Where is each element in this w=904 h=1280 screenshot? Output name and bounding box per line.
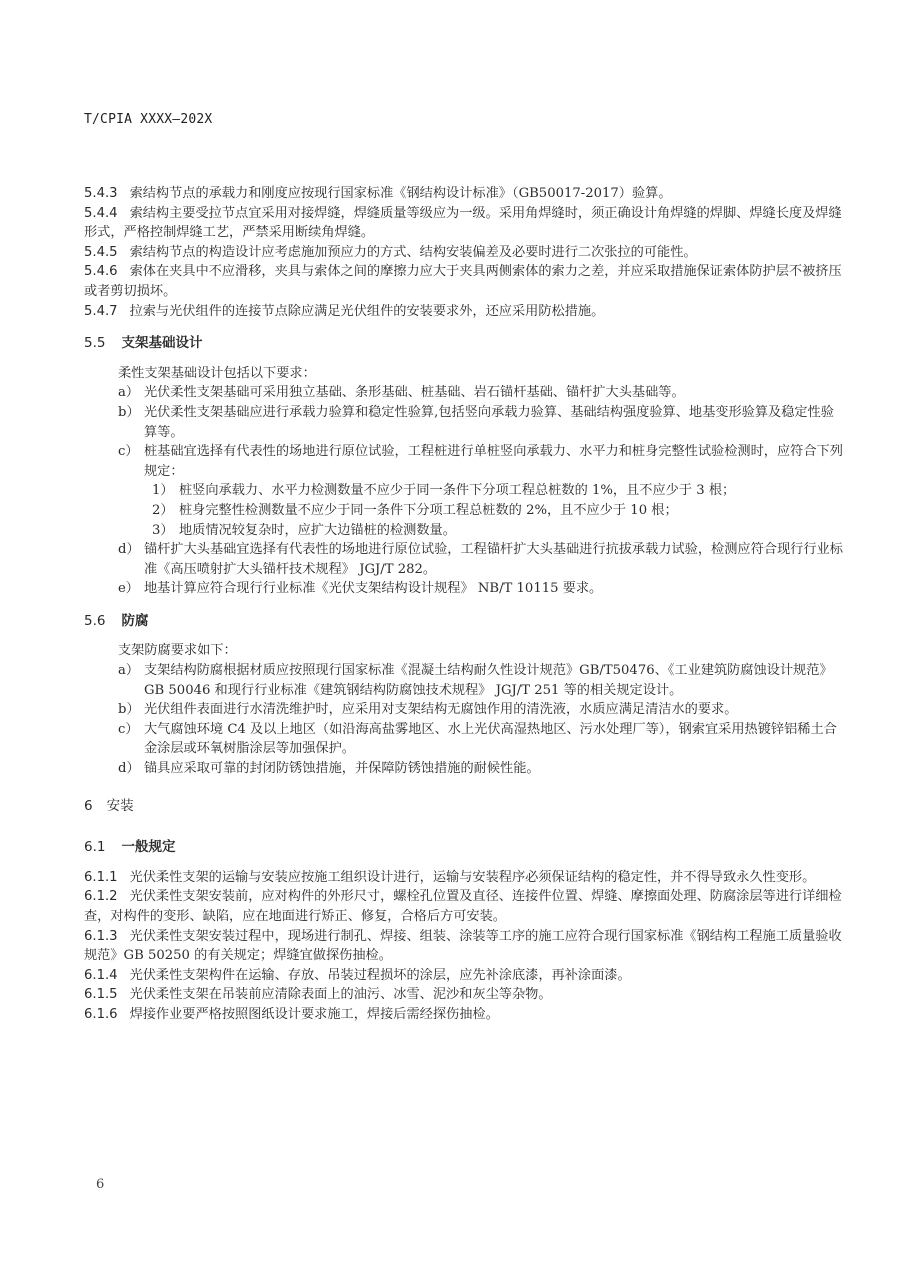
clause-5-4-5: 5.4.5索结构节点的构造设计应考虑施加预应力的方式、结构安装偏差及必要时进行二…: [84, 243, 844, 263]
clause-6-1-4: 6.1.4光伏柔性支架构件在运输、存放、吊装过程损坏的涂层，应先补涂底漆，再补涂…: [84, 966, 844, 986]
clause-6-1-3: 6.1.3光伏柔性支架安装过程中，现场进行制孔、焊接、组装、涂装等工序的施工应符…: [84, 927, 844, 966]
sub-list-item: 2）桩身完整性检测数量不应少于同一条件下分项工程总桩数的 2%，且不应少于 10…: [84, 501, 844, 521]
clause-text: 光伏柔性支架安装前，应对构件的外形尺寸，螺栓孔位置及直径、连接件位置、焊缝、摩擦…: [84, 889, 842, 924]
clause-text: 焊接作业要严格按照图纸设计要求施工，焊接后需经探伤抽检。: [130, 1007, 499, 1022]
list-item: a）光伏柔性支架基础可采用独立基础、条形基础、桩基础、岩石锚杆基础、锚杆扩大头基…: [84, 383, 844, 403]
section-intro: 柔性支架基础设计包括以下要求：: [84, 364, 844, 384]
clause-number: 5.4.3: [84, 186, 118, 201]
list-item: c）大气腐蚀环境 C4 及以上地区（如沿海高盐雾地区、水上光伏高湿热地区、污水处…: [84, 720, 844, 759]
clause-number: 6.1.1: [84, 870, 118, 885]
clause-number: 5.4.4: [84, 206, 118, 221]
clause-number: 6.1.2: [84, 889, 118, 904]
sub-list-item: 1）桩竖向承载力、水平力检测数量不应少于同一条件下分项工程总桩数的 1%，且不应…: [84, 481, 844, 501]
page-number: 6: [96, 1177, 104, 1192]
section-heading-5-5: 5.5支架基础设计: [84, 334, 844, 354]
clause-text: 光伏柔性支架的运输与安装应按施工组织设计进行，运输与安装程序必须保证结构的稳定性…: [130, 870, 816, 885]
clause-text: 索结构节点的构造设计应考虑施加预应力的方式、结构安装偏差及必要时进行二次张拉的可…: [130, 245, 697, 260]
clause-text: 索结构主要受拉节点宜采用对接焊缝，焊缝质量等级应为一级。采用角焊缝时，须正确设计…: [84, 206, 842, 241]
clause-text: 光伏柔性支架安装过程中，现场进行制孔、焊接、组装、涂装等工序的施工应符合现行国家…: [84, 929, 842, 964]
list-item: e）地基计算应符合现行行业标准《光伏支架结构设计规程》 NB/T 10115 要…: [84, 579, 844, 599]
list-item: c）桩基础宜选择有代表性的场地进行原位试验，工程桩进行单桩竖向承载力、水平力和桩…: [84, 442, 844, 481]
clause-text: 索体在夹具中不应滑移，夹具与索体之间的摩擦力应大于夹具两侧索体的索力之差，并应采…: [84, 264, 842, 299]
clause-number: 5.4.7: [84, 304, 118, 319]
clause-5-4-7: 5.4.7拉索与光伏组件的连接节点除应满足光伏组件的安装要求外，还应采用防松措施…: [84, 302, 844, 322]
section-heading-6-1: 6.1一般规定: [84, 838, 844, 858]
document-code-header: T/CPIA XXXX—202X: [84, 112, 212, 127]
clause-6-1-2: 6.1.2光伏柔性支架安装前，应对构件的外形尺寸，螺栓孔位置及直径、连接件位置、…: [84, 887, 844, 926]
clause-number: 6.1.3: [84, 929, 118, 944]
clause-text: 光伏柔性支架在吊装前应清除表面上的油污、冰雪、泥沙和灰尘等杂物。: [130, 987, 552, 1002]
clause-number: 6.1.5: [84, 987, 118, 1002]
list-item: a）支架结构防腐根据材质应按照现行国家标准《混凝土结构耐久性设计规范》GB/T5…: [84, 661, 844, 700]
clause-5-4-4: 5.4.4索结构主要受拉节点宜采用对接焊缝，焊缝质量等级应为一级。采用角焊缝时，…: [84, 204, 844, 243]
clause-5-4-6: 5.4.6索体在夹具中不应滑移，夹具与索体之间的摩擦力应大于夹具两侧索体的索力之…: [84, 262, 844, 301]
clause-6-1-1: 6.1.1光伏柔性支架的运输与安装应按施工组织设计进行，运输与安装程序必须保证结…: [84, 868, 844, 888]
section-heading-5-6: 5.6防腐: [84, 612, 844, 632]
sub-list-item: 3）地质情况较复杂时，应扩大边锚桩的检测数量。: [84, 521, 844, 541]
chapter-heading-6: 6安装: [84, 797, 844, 817]
clause-5-4-3: 5.4.3索结构节点的承载力和刚度应按现行国家标准《钢结构设计标准》（GB500…: [84, 184, 844, 204]
clause-text: 索结构节点的承载力和刚度应按现行国家标准《钢结构设计标准》（GB50017-20…: [130, 186, 672, 201]
clause-number: 6.1.6: [84, 1007, 118, 1022]
list-item: b）光伏柔性支架基础应进行承载力验算和稳定性验算,包括竖向承载力验算、基础结构强…: [84, 403, 844, 442]
clause-number: 5.4.6: [84, 264, 118, 279]
clause-6-1-6: 6.1.6焊接作业要严格按照图纸设计要求施工，焊接后需经探伤抽检。: [84, 1005, 844, 1025]
clause-number: 6.1.4: [84, 968, 118, 983]
section-intro: 支架防腐要求如下：: [84, 641, 844, 661]
clause-number: 5.4.5: [84, 245, 118, 260]
list-item: d）锚杆扩大头基础宜选择有代表性的场地进行原位试验，工程锚杆扩大头基础进行抗拔承…: [84, 540, 844, 579]
list-item: d）锚具应采取可靠的封闭防锈蚀措施，并保障防锈蚀措施的耐候性能。: [84, 759, 844, 779]
clause-text: 拉索与光伏组件的连接节点除应满足光伏组件的安装要求外，还应采用防松措施。: [130, 304, 605, 319]
page-body: 5.4.3索结构节点的承载力和刚度应按现行国家标准《钢结构设计标准》（GB500…: [84, 184, 844, 1025]
list-item: b）光伏组件表面进行水清洗维护时，应采用对支架结构无腐蚀作用的清洗液，水质应满足…: [84, 700, 844, 720]
clause-text: 光伏柔性支架构件在运输、存放、吊装过程损坏的涂层，应先补涂底漆，再补涂面漆。: [130, 968, 631, 983]
clause-6-1-5: 6.1.5光伏柔性支架在吊装前应清除表面上的油污、冰雪、泥沙和灰尘等杂物。: [84, 985, 844, 1005]
